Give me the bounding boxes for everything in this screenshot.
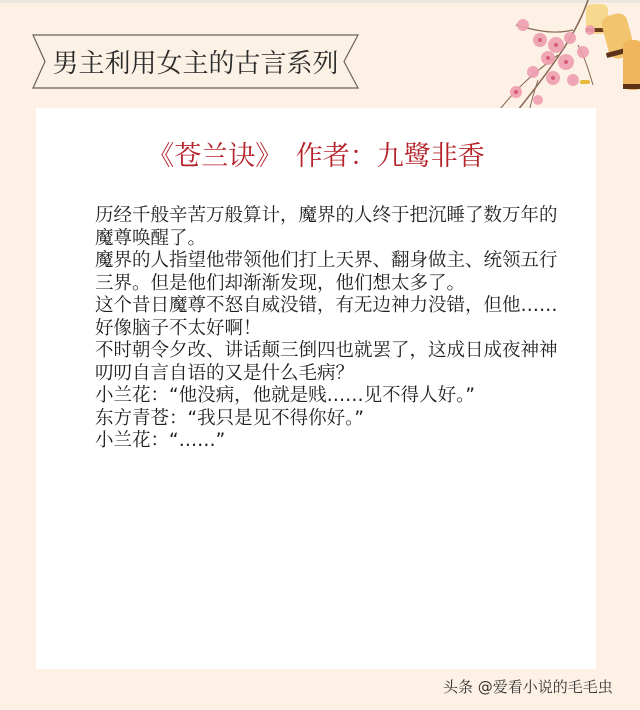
dialogue-line: 东方青苍：“我只是见不得你好。”: [95, 408, 575, 431]
content-card: 《苍兰诀》 作者：九鹭非香 历经千般辛苦万般算计，魔界的人终于把沉睡了数万年的魔…: [36, 108, 596, 669]
banner-title: 男主利用女主的古言系列: [32, 34, 359, 89]
series-banner: 男主利用女主的古言系列: [32, 34, 359, 89]
dialogue-line: 小兰花：“……”: [95, 430, 575, 453]
synopsis: 历经千般辛苦万般算计，魔界的人终于把沉睡了数万年的魔尊唤醒了。 魔界的人指望他带…: [95, 205, 575, 453]
synopsis-paragraph: 不时朝令夕改、讲话颠三倒四也就罢了，这成日成夜神神叨叨自言自语的又是什么毛病？: [95, 340, 575, 385]
synopsis-paragraph: 历经千般辛苦万般算计，魔界的人终于把沉睡了数万年的魔尊唤醒了。: [95, 205, 575, 250]
synopsis-paragraph: 好像脑子不太好啊！: [95, 318, 575, 341]
synopsis-paragraph: 这个昔日魔尊不怒自威没错，有无边神力没错，但他……: [95, 295, 575, 318]
synopsis-paragraph: 魔界的人指望他带领他们打上天界、翻身做主、统领五行三界。但是他们却渐渐发现，他们…: [95, 250, 575, 295]
dialogue-line: 小兰花：“他没病，他就是贱……见不得人好。”: [95, 385, 575, 408]
source-watermark: 头条 @爱看小说的毛毛虫: [443, 676, 613, 697]
book-heading: 《苍兰诀》 作者：九鹭非香: [36, 138, 596, 176]
